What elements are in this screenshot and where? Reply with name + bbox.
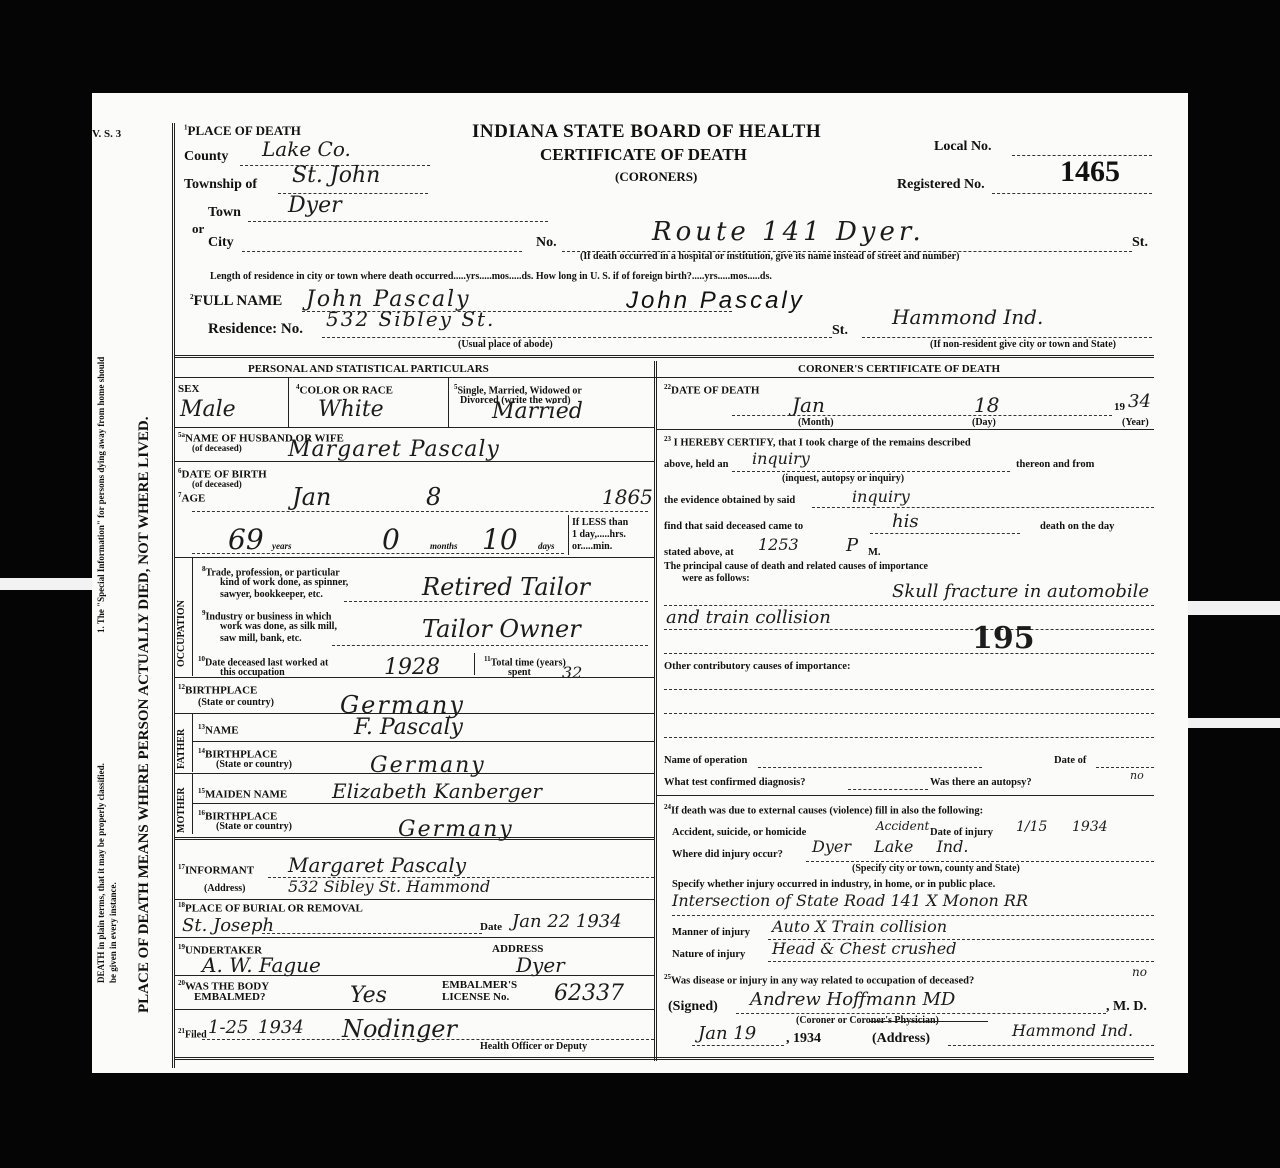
burial-date-label: Date [480, 921, 502, 933]
header-divider [174, 355, 1154, 358]
township-label: Township of [184, 177, 257, 193]
occupation-related-label: 25Was disease or injury in any way relat… [664, 973, 974, 987]
specify-label: Specify whether injury occurred in indus… [672, 879, 995, 890]
father-name-label: 13NAME [198, 723, 239, 737]
occupation-side-label: OCCUPATION [176, 600, 187, 667]
race-value: White [318, 397, 384, 422]
dob-month: Jan [292, 483, 331, 511]
city-label: City [208, 235, 234, 251]
father-birthplace-value: Germany [370, 753, 486, 778]
title-coroners: (CORONERS) [615, 169, 697, 185]
specify-value: Intersection of State Road 141 X Monon R… [672, 891, 1028, 910]
license-value: 62337 [554, 981, 624, 1006]
film-stripe-left [0, 578, 92, 590]
months-label: months [430, 541, 458, 551]
date-of-label: Date of [1054, 755, 1086, 766]
title-board: INDIANA STATE BOARD OF HEALTH [472, 121, 821, 143]
md-label: , M. D. [1106, 999, 1147, 1015]
age-years-value: 69 [228, 523, 264, 556]
margin-instruction-3: be given in every instance. [108, 882, 118, 983]
external-label: 24If death was due to external causes (v… [664, 803, 983, 817]
frame-left [172, 123, 175, 1068]
days-label: days [538, 541, 555, 551]
filed-year-value: 1934 [258, 1017, 304, 1038]
trade-label-2: kind of work done, as spinner, [220, 577, 348, 588]
less-than-1: If LESS than [572, 517, 628, 528]
dob-year: 1865 [602, 485, 653, 509]
coroner-physician-strike [870, 1021, 988, 1022]
accident-value: Accident [876, 819, 929, 833]
nature-value: Head & Chest crushed [772, 939, 957, 958]
death-on-label: death on the day [1040, 521, 1114, 532]
autopsy-label: Was there an autopsy? [930, 777, 1032, 788]
find-value: his [892, 511, 919, 532]
mother-maiden-value: Elizabeth Kanberger [332, 779, 542, 803]
less-than-3: or.....min. [572, 541, 612, 552]
death-day-value: 18 [974, 393, 999, 417]
title-certificate: CERTIFICATE OF DEATH [540, 145, 747, 165]
street-no-label: No. [536, 235, 557, 251]
informant-label: 17INFORMANT [178, 863, 254, 877]
nonresident-note: (If non-resident give city or town and S… [930, 339, 1116, 350]
death-certificate: V. S. 3 1. The "Special Information" for… [92, 93, 1188, 1073]
column-divider [654, 361, 657, 1061]
personal-section-title: PERSONAL AND STATISTICAL PARTICULARS [248, 363, 489, 375]
coroner-section-title: CORONER'S CERTIFICATE OF DEATH [798, 363, 1000, 375]
coroner-address-label: (Address) [872, 1031, 930, 1047]
burial-label: 18PLACE OF BURIAL OR REMOVAL [178, 901, 363, 915]
town-label: Town [208, 205, 241, 221]
marital-value: Married [492, 399, 583, 424]
dob-sub: (of deceased) [192, 479, 242, 489]
inquest-note: (inquest, autopsy or inquiry) [782, 473, 904, 484]
accident-label: Accident, suicide, or homicide [672, 827, 806, 838]
father-birthplace-sub: (State or country) [216, 759, 292, 770]
certify-text: 23 I HEREBY CERTIFY, that I took charge … [664, 435, 971, 449]
bottom-divider [174, 1057, 1154, 1060]
stated-label: stated above, at [664, 547, 734, 558]
principal-cause-1: The principal cause of death and related… [664, 561, 928, 572]
hospital-note: (If death occurred in a hospital or inst… [580, 251, 959, 262]
nature-label: Nature of injury [672, 949, 745, 960]
dob-day: 8 [426, 483, 441, 511]
where-label: Where did injury occur? [672, 849, 783, 860]
spouse-value: Margaret Pascaly [288, 437, 500, 462]
street-no-value: Route 141 Dyer. [652, 217, 925, 247]
birthplace-label: 12BIRTHPLACE [178, 683, 257, 697]
trade-value: Retired Tailor [422, 573, 590, 601]
death-year-value: 34 [1128, 391, 1151, 412]
industry-label-2: work was done, as silk mill, [220, 621, 337, 632]
signed-date-value: Jan 19 [698, 1023, 756, 1044]
other-causes-label: Other contributory causes of importance: [664, 661, 850, 672]
father-side-label: FATHER [176, 729, 187, 769]
informant-address-label: (Address) [204, 883, 245, 894]
undertaker-value: A. W. Fague [202, 953, 321, 977]
industry-label-3: saw mill, bank, etc. [220, 633, 302, 644]
residence-value: 532 Sibley St. [326, 307, 495, 331]
form-code: V. S. 3 [92, 128, 121, 140]
where-value: Dyer Lake Ind. [812, 837, 968, 856]
mother-side-label: MOTHER [176, 787, 187, 833]
autopsy-value: no [1130, 769, 1144, 782]
age-days-value: 10 [482, 523, 518, 556]
full-name-typed: John Pascaly [626, 287, 805, 315]
spouse-sub: (of deceased) [192, 443, 242, 453]
full-name-label: 2FULL NAME [190, 293, 282, 310]
evidence-label: the evidence obtained by said [664, 495, 795, 506]
signed-value: Andrew Hoffmann MD [750, 989, 955, 1010]
father-name-value: F. Pascaly [354, 715, 463, 740]
or-label: or [192, 221, 204, 237]
residence-length-label: Length of residence in city or town wher… [210, 271, 772, 282]
filed-officer-label: Health Officer or Deputy [480, 1041, 587, 1052]
margin-instruction-1: 1. The "Special Information" for persons… [96, 357, 106, 633]
thereon-label: thereon and from [1016, 459, 1094, 470]
burial-date-value: Jan 22 1934 [512, 911, 622, 932]
burial-value: St. Joseph [182, 915, 274, 936]
signed-year: , 1934 [786, 1031, 821, 1047]
years-label: years [272, 541, 292, 551]
manner-value: Auto X Train collision [772, 917, 947, 936]
cause-code: 195 [972, 621, 1035, 656]
signed-label: (Signed) [668, 999, 718, 1015]
m-label: M. [868, 547, 881, 558]
cause-line-2: and train collision [666, 607, 831, 628]
county-label: County [184, 149, 228, 165]
death-date-label: 22DATE OF DEATH [664, 383, 759, 397]
undertaker-address-value: Dyer [516, 953, 565, 977]
registered-no-label: Registered No. [897, 177, 985, 193]
registered-no-value: 1465 [1060, 155, 1120, 189]
mother-birthplace-sub: (State or country) [216, 821, 292, 832]
cause-line-1: Skull fracture in automobile [892, 581, 1149, 602]
margin-instruction-2: DEATH in plain terms, that it may be pro… [96, 763, 106, 983]
film-stripe-right-2 [1188, 718, 1280, 728]
manner-label: Manner of injury [672, 927, 750, 938]
occupation-related-value: no [1132, 965, 1147, 979]
pm-value: P [846, 535, 858, 556]
film-stripe-right-1 [1188, 601, 1280, 615]
embalmed-label-2: EMBALMED? [194, 991, 266, 1003]
embalmed-value: Yes [350, 983, 387, 1008]
principal-cause-2: were as follows: [682, 573, 750, 584]
county-value: Lake Co. [262, 137, 351, 161]
held-value: inquiry [752, 449, 810, 468]
evidence-value: inquiry [852, 487, 910, 506]
town-value: Dyer [288, 193, 342, 218]
age-months-value: 0 [382, 523, 400, 556]
time-value: 1253 [758, 535, 799, 554]
year-label: (Year) [1122, 417, 1149, 428]
total-time-value: 32 [562, 663, 582, 682]
test-label: What test confirmed diagnosis? [664, 777, 805, 788]
license-label-1: EMBALMER'S [442, 979, 517, 991]
injury-date-value: 1/15 [1016, 819, 1047, 835]
where-note: (Specify city or town, county and State) [852, 863, 1020, 874]
mother-maiden-label: 15MAIDEN NAME [198, 787, 287, 801]
township-value: St. John [292, 163, 380, 188]
informant-value: Margaret Pascaly [288, 853, 466, 877]
month-label: (Month) [798, 417, 834, 428]
industry-value: Tailor Owner [422, 615, 581, 643]
local-no-label: Local No. [934, 139, 992, 155]
filed-date-value: 1-25 [208, 1017, 248, 1038]
residence-city-value: Hammond Ind. [892, 305, 1043, 329]
less-than-2: 1 day,.....hrs. [572, 529, 626, 540]
operation-label: Name of operation [664, 755, 747, 766]
death-month-value: Jan [792, 393, 825, 417]
injury-year-value: 1934 [1072, 819, 1108, 835]
sex-label: SEX [178, 383, 199, 395]
death-year-prefix: 19 [1114, 401, 1125, 413]
trade-label-3: sawyer, bookkeeper, etc. [220, 589, 323, 600]
residence-label: Residence: No. [208, 321, 303, 338]
find-label: find that said deceased came to [664, 521, 803, 532]
residence-st-label: St. [832, 323, 848, 339]
usual-abode-note: (Usual place of abode) [458, 339, 553, 350]
held-label: above, held an [664, 459, 728, 470]
birthplace-sub: (State or country) [198, 697, 274, 708]
coroner-address-value: Hammond Ind. [1012, 1021, 1133, 1040]
race-label: 4COLOR OR RACE [296, 383, 393, 397]
day-label: (Day) [972, 417, 996, 428]
sex-value: Male [180, 397, 236, 422]
street-st-label: St. [1132, 235, 1148, 251]
license-label-2: LICENSE No. [442, 991, 509, 1003]
age-label: 7AGE [178, 491, 205, 505]
informant-address-value: 532 Sibley St. Hammond [288, 877, 490, 896]
margin-notice: PLACE OF DEATH MEANS WHERE PERSON ACTUAL… [136, 417, 153, 1014]
